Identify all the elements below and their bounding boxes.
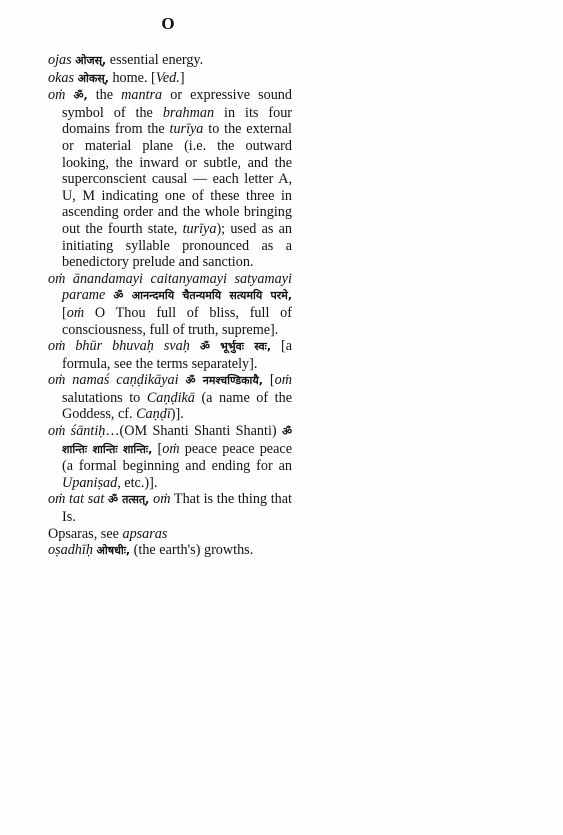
cross-reference: apsaras [122,526,167,542]
entry-okas: okas ओकस्, home. [Ved.] [48,70,292,88]
definition: O Thou full of bliss, full of consciousn… [62,305,292,338]
term: Caṇḍī [136,406,171,422]
entry-om-tat-sat: oṁ tat sat ॐ तत्सत्, oṁ That is the thin… [48,491,292,525]
entry-osadhih: oṣadhīḥ ओषधीः, (the earth's) growths. [48,542,292,560]
entry-om-anandamayi: oṁ ānandamayi caitanyamayi satyamayi par… [48,271,292,338]
entry-opsaras: Opsaras, see apsaras [48,526,292,543]
headword: oṁ namaś caṇḍikāyai [48,372,179,388]
definition: essential energy. [106,52,203,68]
term: Upaniṣad [62,475,117,491]
term: Caṇḍikā [147,390,195,406]
devanagari: ॐ, [73,89,87,102]
definition-end: ] [180,70,185,86]
headword-plain: Opsaras, see [48,526,122,542]
devanagari: ॐ भूर्भुवः स्वः, [200,340,271,353]
devanagari: ॐ नमश्चण्डिकायै, [186,374,263,387]
definition: )]. [171,406,184,422]
term: oṁ [275,372,292,388]
term: turīya [183,221,217,237]
entry-ojas: ojas ओजस्, essential energy. [48,52,292,70]
definition: [ [152,441,162,457]
headword: oṁ tat sat [48,491,104,507]
definition: salutations to [62,390,147,406]
term: mantra [121,87,162,103]
term: oṁ [153,491,170,507]
definition: [ [263,372,275,388]
devanagari: ॐ तत्सत्, [108,493,149,506]
term: oṁ [67,305,84,321]
headword: oṁ [48,87,65,103]
headword: oṣadhīḥ [48,542,93,558]
devanagari: ओषधीः, [96,544,130,557]
term: turīya [170,121,204,137]
entry-om: oṁ ॐ, the mantra or expressive sound sym… [48,87,292,271]
devanagari: ॐ आनन्दमयि चैतन्यमयि सत्यमयि परमे, [113,289,292,302]
definition: to the external or material plane (i.e. … [62,121,292,237]
abbrev: Ved. [156,70,180,86]
headword: oṁ bhūr bhuvaḥ svaḥ [48,338,190,354]
definition: (the earth's) growths. [130,542,253,558]
section-letter: O [160,14,176,34]
headword: okas [48,70,74,86]
dictionary-page: O ojas ओजस्, essential energy. okas ओकस्… [0,0,563,835]
devanagari: ओकस्, [78,72,109,85]
term: oṁ [162,441,179,457]
definition: , etc.)]. [117,475,157,491]
definition: the [88,87,122,103]
entry-om-santih: oṁ śāntiḥ…(OM Shanti Shanti Shanti) ॐ शा… [48,423,292,491]
devanagari: ओजस्, [75,54,106,67]
definition: home. [ [109,70,156,86]
entry-om-namas: oṁ namaś caṇḍikāyai ॐ नमश्चण्डिकायै, [oṁ… [48,372,292,423]
term: brahman [163,105,214,121]
headword: ojas [48,52,72,68]
headword: oṁ śāntiḥ [48,423,105,439]
entry-om-bhur: oṁ bhūr bhuvaḥ svaḥ ॐ भूर्भुवः स्वः, [a … [48,338,292,372]
entry-list: ojas ओजस्, essential energy. okas ओकस्, … [48,52,292,560]
gloss: …(OM Shanti Shanti Shanti) [105,423,282,439]
